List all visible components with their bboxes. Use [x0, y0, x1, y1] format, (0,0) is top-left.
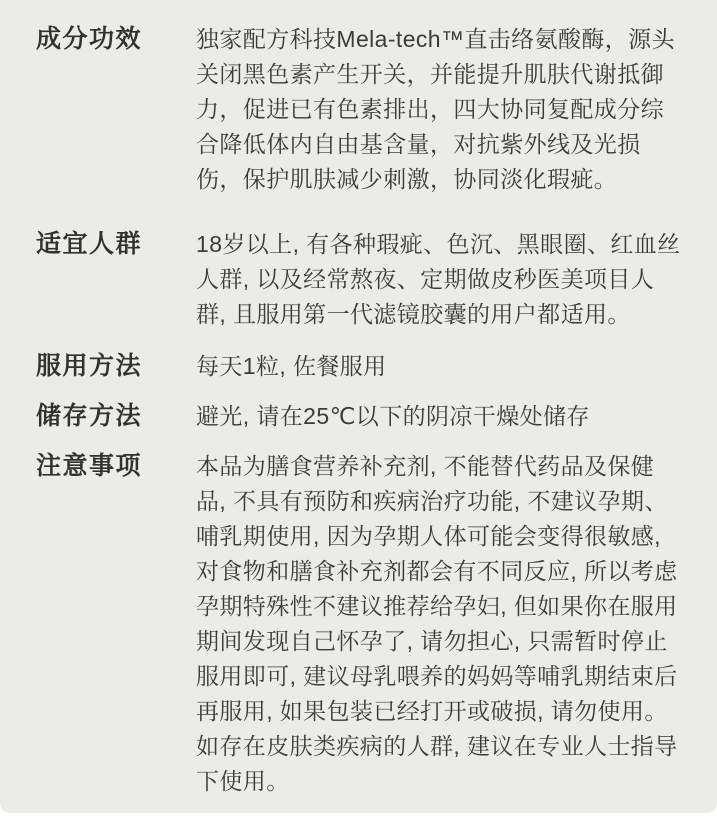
spec-row-usage-method: 服用方法 每天1粒, 佐餐服用	[36, 349, 683, 384]
spec-label-storage-method: 储存方法	[36, 399, 196, 434]
spec-label-usage-method: 服用方法	[36, 349, 196, 384]
spec-row-storage-method: 储存方法 避光, 请在25℃以下的阴凉干燥处储存	[36, 399, 683, 434]
spec-value-storage-method: 避光, 请在25℃以下的阴凉干燥处储存	[196, 399, 683, 434]
spec-label-precautions: 注意事项	[36, 449, 196, 484]
product-spec-card: 成分功效 独家配方科技Mela-tech™直击络氨酸酶，源头关闭黑色素产生开关，…	[0, 0, 717, 813]
spec-row-ingredients: 成分功效 独家配方科技Mela-tech™直击络氨酸酶，源头关闭黑色素产生开关，…	[36, 22, 683, 197]
spec-label-ingredients: 成分功效	[36, 22, 196, 57]
spec-label-suitable-people: 适宜人群	[36, 227, 196, 262]
spec-row-precautions: 注意事项 本品为膳食营养补充剂, 不能替代药品及保健品, 不具有预防和疾病治疗功…	[36, 449, 683, 799]
spec-row-suitable-people: 适宜人群 18岁以上, 有各种瑕疵、色沉、黑眼圈、红血丝人群, 以及经常熬夜、定…	[36, 227, 683, 332]
spec-value-ingredients: 独家配方科技Mela-tech™直击络氨酸酶，源头关闭黑色素产生开关，并能提升肌…	[196, 22, 683, 197]
spec-value-precautions: 本品为膳食营养补充剂, 不能替代药品及保健品, 不具有预防和疾病治疗功能, 不建…	[196, 449, 683, 799]
product-detail-page: 成分功效 独家配方科技Mela-tech™直击络氨酸酶，源头关闭黑色素产生开关，…	[0, 0, 717, 828]
spec-value-suitable-people: 18岁以上, 有各种瑕疵、色沉、黑眼圈、红血丝人群, 以及经常熬夜、定期做皮秒医…	[196, 227, 683, 332]
spec-value-usage-method: 每天1粒, 佐餐服用	[196, 349, 683, 384]
